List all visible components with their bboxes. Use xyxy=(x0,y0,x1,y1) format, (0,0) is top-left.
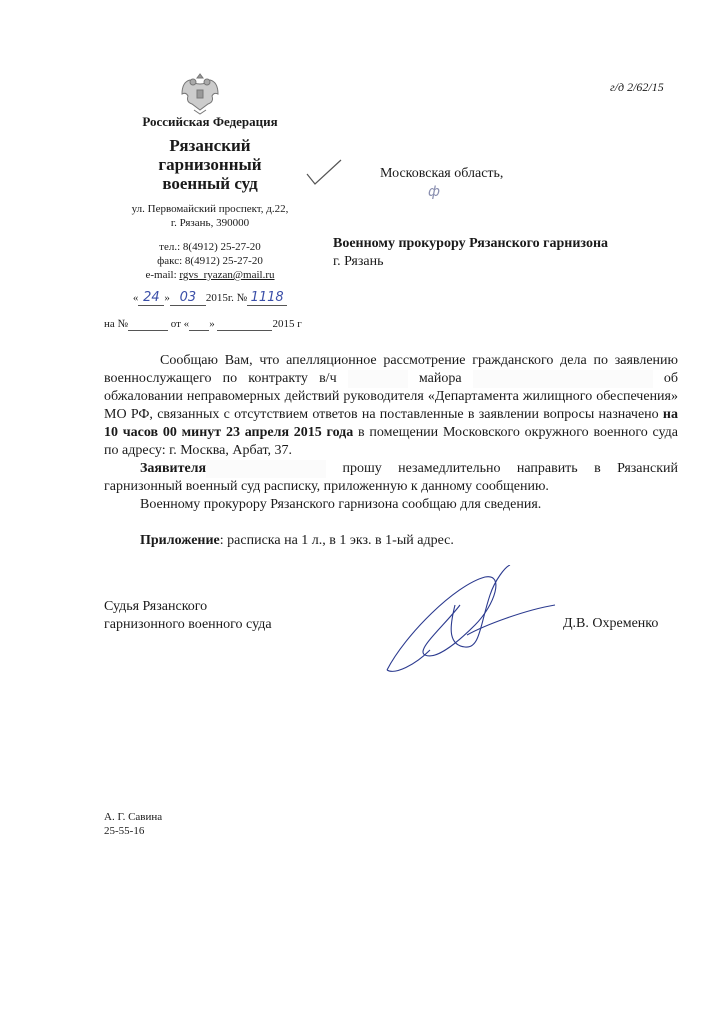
attachment-label: Приложение xyxy=(140,533,220,548)
executor: А. Г. Савина 25-55-16 xyxy=(104,810,162,838)
quote: » xyxy=(209,318,215,330)
paragraph-info: Военному прокурору Рязанского гарнизона … xyxy=(104,496,678,514)
country-name: Российская Федерация xyxy=(120,114,300,130)
court-name: Рязанский гарнизонный военный суд xyxy=(120,136,300,193)
applicant-label: Заявителя xyxy=(140,461,206,476)
recipient-title: Военному прокурору Рязанского гарнизона xyxy=(333,235,608,253)
position-line: гарнизонного военного суда xyxy=(104,616,272,634)
letter-body: Сообщаю Вам, что апелляционное рассмотре… xyxy=(104,352,678,550)
ref-year: 2015 г xyxy=(272,318,301,330)
executor-name: А. Г. Савина xyxy=(104,810,162,824)
paragraph-request: Заявителя прошу незамедлительно направит… xyxy=(104,460,678,496)
phone: тел.: 8(4912) 25-27-20 xyxy=(100,240,320,254)
addressee-region: Московская область, xyxy=(380,166,503,182)
court-name-line: военный суд xyxy=(120,174,300,193)
case-reference: г/д 2/62/15 xyxy=(610,80,664,95)
address-line: г. Рязань, 390000 xyxy=(100,216,320,230)
paragraph-main: Сообщаю Вам, что апелляционное рассмотре… xyxy=(104,352,678,460)
checkmark-icon xyxy=(305,158,345,188)
attachment-text: : расписка на 1 л., в 1 экз. в 1-ый адре… xyxy=(220,533,454,548)
court-address: ул. Первомайский проспект, д.22, г. Ряза… xyxy=(100,202,320,230)
handwritten-mark: ф xyxy=(428,184,440,200)
court-name-line: гарнизонный xyxy=(120,155,300,174)
fax: факс: 8(4912) 25-27-20 xyxy=(100,254,320,268)
address-line: ул. Первомайский проспект, д.22, xyxy=(100,202,320,216)
recipient: Военному прокурору Рязанского гарнизона … xyxy=(333,235,608,271)
signer-name: Д.В. Охременко xyxy=(563,616,658,632)
attachment: Приложение: расписка на 1 л., в 1 экз. в… xyxy=(104,532,678,550)
signer-position: Судья Рязанского гарнизонного военного с… xyxy=(104,598,272,634)
court-contacts: тел.: 8(4912) 25-27-20 факс: 8(4912) 25-… xyxy=(100,240,320,282)
email-label: e-mail: xyxy=(145,269,179,281)
outgoing-day: 24 xyxy=(138,290,164,306)
position-line: Судья Рязанского xyxy=(104,598,272,616)
outgoing-number: «24»032015г. №1118 xyxy=(100,290,320,306)
ref-from: от « xyxy=(171,318,189,330)
signature-icon xyxy=(385,565,560,675)
email-link[interactable]: rgvs_ryazan@mail.ru xyxy=(179,269,274,281)
outgoing-num: 1118 xyxy=(247,290,287,306)
court-name-line: Рязанский xyxy=(120,136,300,155)
executor-phone: 25-55-16 xyxy=(104,824,162,838)
text: майора xyxy=(408,371,473,386)
reference-line: на № от « » 2015 г xyxy=(104,318,302,331)
email: e-mail: rgvs_ryazan@mail.ru xyxy=(100,268,320,282)
outgoing-year: 2015г. № xyxy=(206,292,247,304)
ref-prefix: на № xyxy=(104,318,128,330)
recipient-city: г. Рязань xyxy=(333,253,608,271)
outgoing-month: 03 xyxy=(170,290,206,306)
coat-of-arms-icon xyxy=(178,70,222,116)
